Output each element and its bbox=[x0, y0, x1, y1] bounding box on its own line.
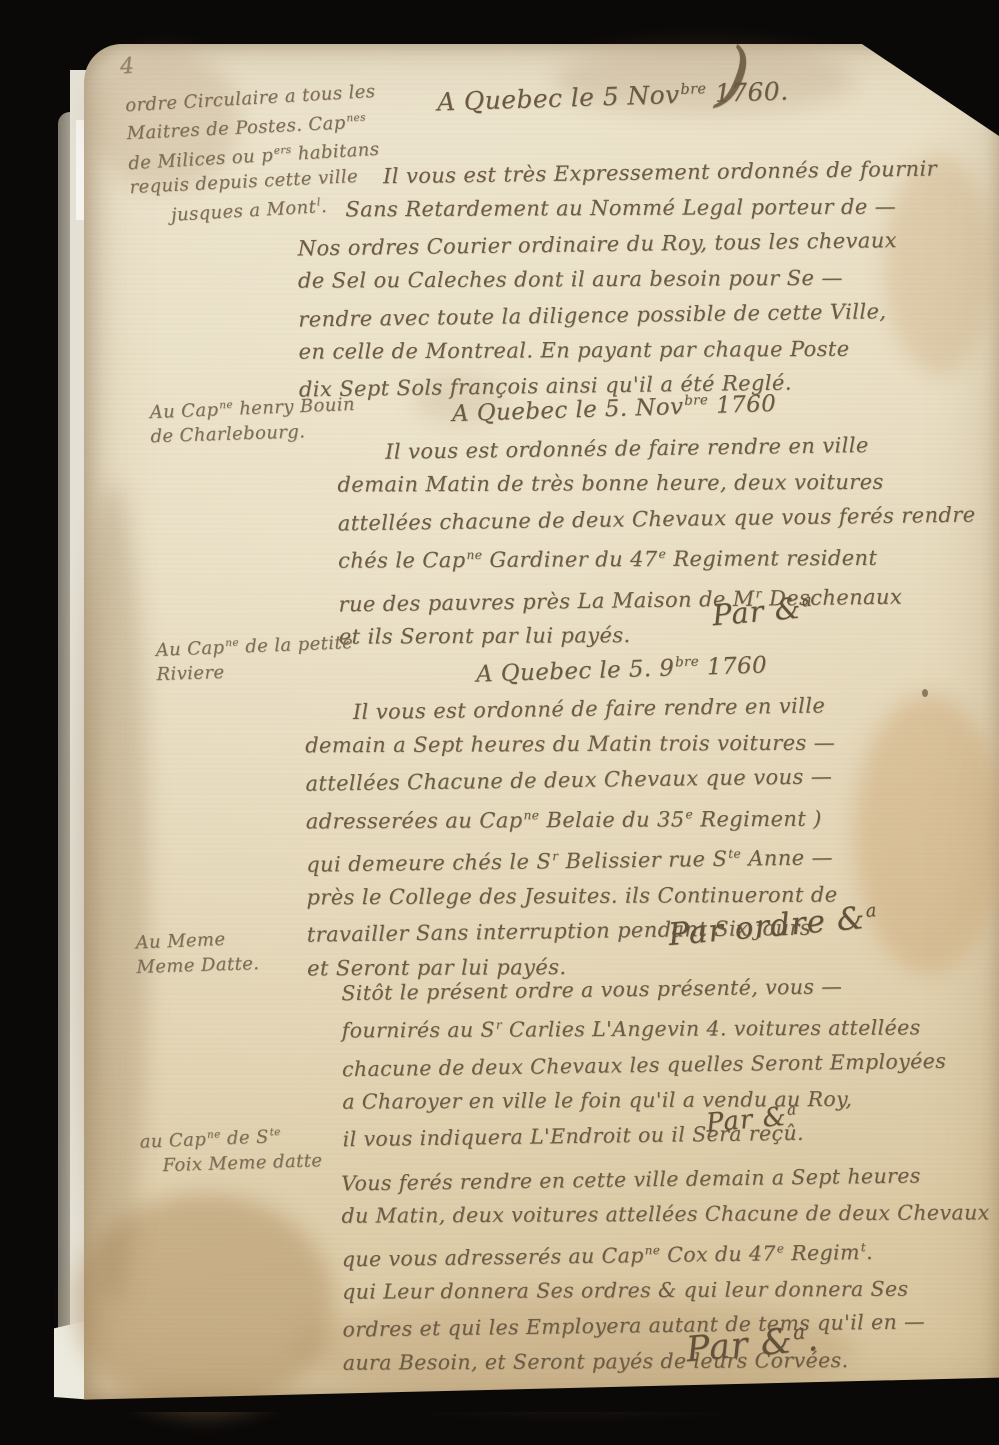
text-line: adresserées au Capne Belaie du 35e Regim… bbox=[306, 797, 837, 840]
order-paragraph: Il vous est ordonnés de faire rendre en … bbox=[337, 428, 977, 656]
text-line: demain a Sept heures du Matin trois voit… bbox=[305, 726, 836, 764]
text-line: il vous indiquera L'Endroit ou il Sera r… bbox=[342, 1114, 947, 1158]
text-line: demain Matin de très bonne heure, deux v… bbox=[337, 465, 975, 504]
margin-note-ste-foix: au Capne de Ste Foix Meme datte bbox=[139, 1119, 323, 1179]
paper-stain bbox=[78, 484, 148, 1304]
text-line: qui demeure chés le Sr Belissier rue Ste… bbox=[306, 835, 838, 883]
text-line: du Matin, deux voitures attellées Chacun… bbox=[341, 1196, 989, 1235]
folio-number: 4 bbox=[119, 54, 135, 80]
text-line: Il vous est ordonné de faire rendre en v… bbox=[305, 688, 836, 731]
text-line: Sans Retardement au Nommé Legal porteur … bbox=[297, 190, 937, 229]
order-paragraph: Il vous est très Expressement ordonnés d… bbox=[297, 153, 939, 406]
text-line: attellées Chacune de deux Chevaux que vo… bbox=[305, 759, 836, 802]
text-line: de Sel ou Caleches dont il aura besoin p… bbox=[298, 261, 938, 300]
text-line: chacune de deux Chevaux les quelles Sero… bbox=[342, 1043, 947, 1087]
text-line: aura Besoin, et Seront payés de leurs Co… bbox=[343, 1342, 991, 1381]
text-line: fournirés au Sr Carlies L'Angevin 4. voi… bbox=[342, 1006, 946, 1049]
text-line: ordres et qui les Employera autant de te… bbox=[342, 1304, 991, 1348]
order-paragraph: Vous ferés rendre en cette ville demain … bbox=[341, 1159, 991, 1382]
margin-note-charlebourg: Au Capne henry Bouin de Charlebourg. bbox=[149, 388, 356, 449]
text-line: que vous adresserés au Capne Cox du 47e … bbox=[342, 1228, 991, 1277]
ink-speck bbox=[922, 689, 928, 697]
text-line: chés le Capne Gardiner du 47e Regiment r… bbox=[338, 536, 976, 580]
order-paragraph: Sitôt le présent ordre a vous présenté, … bbox=[341, 969, 947, 1156]
text-line: rue des pauvres près La Maison de Mr Des… bbox=[338, 573, 976, 622]
margin-note-au-meme: Au Meme Meme Datte. bbox=[135, 926, 260, 980]
margin-note-line: Meme Datte. bbox=[136, 951, 260, 980]
margin-note-petite-riviere: Au Capne de la petite Riviere bbox=[155, 627, 354, 688]
text-line: et ils Seront par lui payés. bbox=[339, 616, 977, 655]
manuscript-photo: 4 ) ordre Circulaire a tous les Maitres … bbox=[0, 0, 999, 1445]
